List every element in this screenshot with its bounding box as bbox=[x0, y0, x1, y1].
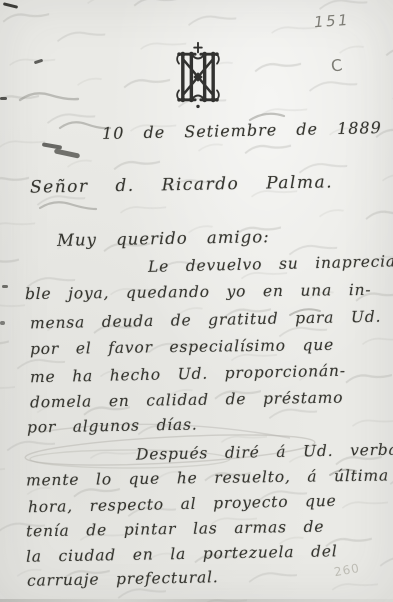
body-line: carruaje prefectural. bbox=[27, 568, 219, 590]
monogram-icon bbox=[169, 40, 227, 114]
folio-number: 151 bbox=[313, 11, 350, 31]
scan-speck bbox=[2, 285, 8, 288]
manuscript-page: 151 C 260 10 de Setiembre de 1889 Señor … bbox=[0, 0, 393, 602]
scan-speck bbox=[0, 321, 5, 325]
salutation-line: Muy querido amigo: bbox=[57, 227, 270, 250]
scan-speck bbox=[0, 97, 7, 100]
body-line: por algunos días. bbox=[27, 416, 198, 437]
